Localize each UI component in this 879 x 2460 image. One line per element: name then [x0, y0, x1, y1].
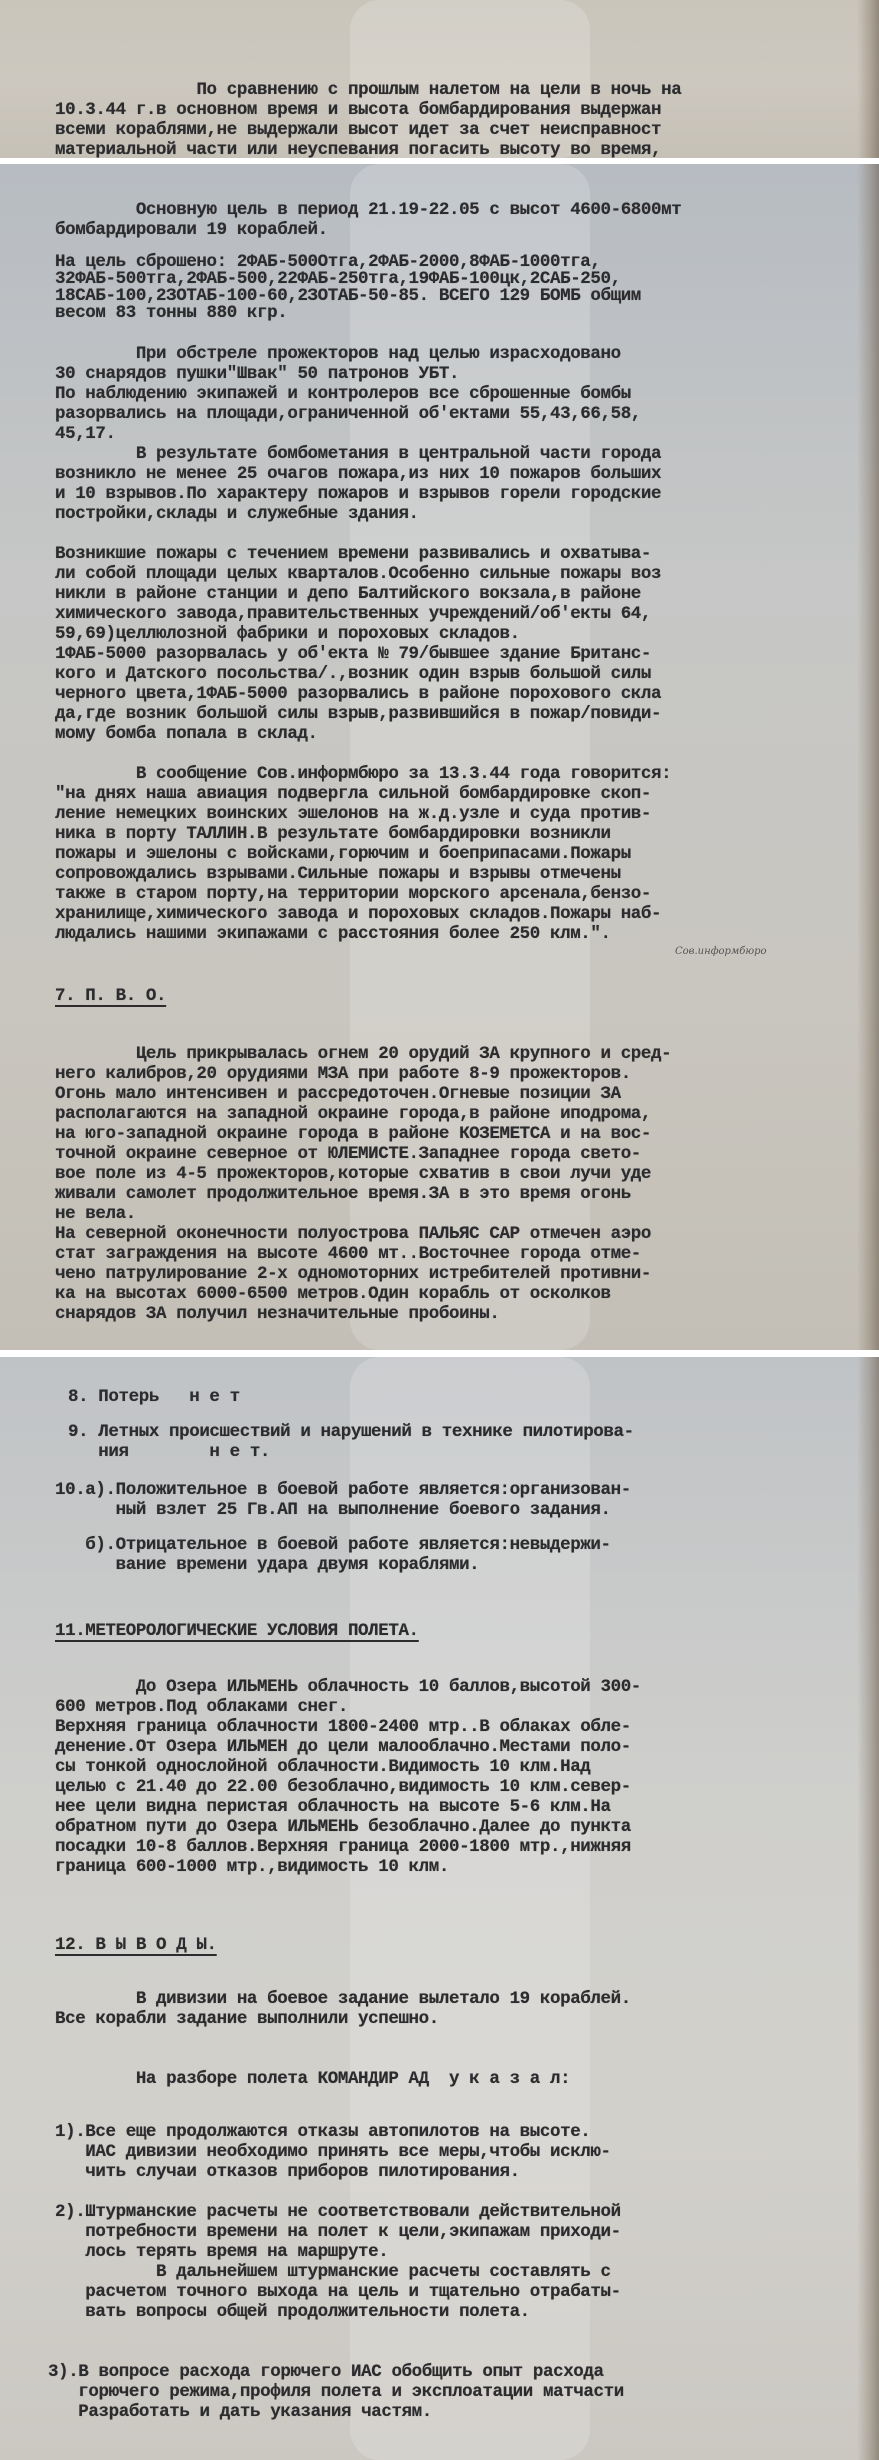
text-line: потребности времени на полет к цели,экип…	[55, 2222, 621, 2242]
section-10a: 10.а).Положительное в боевой работе явля…	[55, 1480, 631, 1520]
text-line: 2).Штурманские расчеты не соответствовал…	[55, 2202, 621, 2222]
text-line: ника в порту ТАЛЛИН.В результате бомбард…	[55, 824, 611, 844]
text-line: 10.а).Положительное в боевой работе явля…	[55, 1480, 631, 1500]
paper-edge	[857, 164, 879, 1350]
paper-edge	[857, 0, 879, 158]
text-line: ИАС дивизии необходимо принять все меры,…	[55, 2142, 611, 2162]
document-page-fragment-3: 8. Потерь н е т 9. Летных происшествий и…	[0, 1357, 879, 2460]
air-defense-paragraph: Цель прикрывалась огнем 20 орудий ЗА кру…	[55, 1044, 671, 1324]
text-line: располагаются на западной окраине города…	[55, 1104, 651, 1124]
section-11-heading: 11.МЕТЕОРОЛОГИЧЕСКИЕ УСЛОВИЯ ПОЛЕТА.	[55, 1621, 419, 1641]
text-line: пожары и эшелоны с войсками,горючим и бо…	[55, 844, 631, 864]
text-line: лось терять время на маршруте.	[55, 2242, 388, 2262]
instruction-1: 1).Все еще продолжаются отказы автопилот…	[55, 2122, 611, 2182]
text-line: целью с 21.40 до 22.00 безоблачно,видимо…	[55, 1777, 631, 1797]
text-line: чено патрулирование 2-х одномоторних ист…	[55, 1264, 651, 1284]
text-line: ление немецких воинских эшелонов на ж.д.…	[55, 804, 651, 824]
text-line: черного цвета,1ФАБ-5000 разорвались в ра…	[55, 684, 661, 704]
text-line: обратном пути до Озера ИЛЬМЕНЬ безоблачн…	[55, 1817, 631, 1837]
text-line: 59,69)целлюлозной фабрики и пороховых ск…	[55, 624, 520, 644]
text-line: Возникшие пожары с течением времени разв…	[55, 544, 651, 564]
text-line: материальной части или неуспевания погас…	[55, 140, 661, 158]
text-line: денение.От Озера ИЛЬМЕН до цели малообла…	[55, 1737, 631, 1757]
comparison-paragraph: По сравнению с прошлым налетом на цели в…	[55, 60, 681, 158]
text-line: 3).В вопросе расхода горючего ИАС обобщи…	[48, 2362, 604, 2382]
text-line: сопровождались взрывами.Сильные пожары и…	[55, 864, 621, 884]
fires-paragraph: Возникшие пожары с течением времени разв…	[55, 544, 661, 744]
text-line: хранилище,химического завода и пороховых…	[55, 904, 661, 924]
text-line: бомбардировали 19 кораблей.	[55, 220, 328, 240]
handwritten-note: Сов.информбюро	[675, 946, 767, 957]
text-line: До Озера ИЛЬМЕНЬ облачность 10 баллов,вы…	[55, 1677, 641, 1697]
section-10b: б).Отрицательное в боевой работе являетс…	[55, 1535, 611, 1575]
text-line: расчетом точного выхода на цель и тщател…	[55, 2282, 621, 2302]
text-line: горючего режима,профиля полета и эксплоа…	[48, 2382, 624, 2402]
text-line: вать вопросы общей продолжительности пол…	[55, 2302, 530, 2322]
text-line: вое поле из 4-5 прожекторов,которые схва…	[55, 1164, 651, 1184]
text-line: Все корабли задание выполнили успешно.	[55, 2009, 439, 2029]
text-line: не вела.	[55, 1204, 136, 1224]
conclusions-paragraph: В дивизии на боевое задание вылетало 19 …	[55, 1989, 631, 2029]
text-line: На северной оконечности полуострова ПАЛЬ…	[55, 1224, 651, 1244]
typed-text-block: По сравнению с прошлым налетом на цели в…	[55, 20, 681, 158]
commander-instructions-intro: На разборе полета КОМАНДИР АД у к а з а …	[55, 2069, 570, 2089]
text-line: 600 метров.Под облаками снег.	[55, 1697, 348, 1717]
text-line: В дальнейшем штурманские расчеты составл…	[55, 2262, 611, 2282]
text-line: никли в районе станции и депо Балтийског…	[55, 584, 641, 604]
text-line: 1).Все еще продолжаются отказы автопилот…	[55, 2122, 590, 2142]
text-line: посадки 10-8 баллов.Верхняя граница 2000…	[55, 1837, 631, 1857]
section-12-heading: 12. В Ы В О Д Ы.	[55, 1935, 217, 1955]
text-line: граница 600-1000 мтр.,видимость 10 клм.	[55, 1857, 449, 1877]
text-line: нее цели видна перистая облачность на вы…	[55, 1797, 611, 1817]
text-line: "на днях наша авиация подвергла сильной …	[55, 784, 651, 804]
text-line: 10.3.44 г.в основном время и высота бомб…	[55, 100, 661, 120]
text-line: разорвались на площади,ограниченной об'е…	[55, 404, 641, 424]
sovinformburo-paragraph: В сообщение Сов.информбюро за 13.3.44 го…	[55, 764, 671, 944]
text-line: 1ФАБ-5000 разорвалась у об'екта № 79/быв…	[55, 644, 651, 664]
text-line: 9. Летных происшествий и нарушений в тех…	[68, 1422, 634, 1442]
text-line: точной окраине северное от ЮЛЕМИСТЕ.Запа…	[55, 1144, 641, 1164]
text-line: Цель прикрывалась огнем 20 орудий ЗА кру…	[55, 1044, 671, 1064]
text-line: При обстреле прожекторов над целью израс…	[55, 344, 621, 364]
text-line: весом 83 тонны 880 кгр.	[55, 303, 287, 323]
text-line: Верхняя граница облачности 1800-2400 мтр…	[55, 1717, 631, 1737]
text-line: также в старом порту,на территории морск…	[55, 884, 651, 904]
text-line: По наблюдению экипажей и контролеров все…	[55, 384, 631, 404]
text-line: возникло не менее 25 очагов пожара,из ни…	[55, 464, 661, 484]
section-7-heading: 7. П. В. О.	[55, 986, 166, 1006]
text-line: ния н е т.	[68, 1442, 270, 1462]
text-line: ный взлет 25 Гв.АП на выполнение боевого…	[55, 1500, 611, 1520]
text-line: вание времени удара двумя кораблями.	[55, 1555, 479, 1575]
text-line: 45,17.	[55, 424, 116, 444]
text-line: него калибров,20 орудиями МЗА при работе…	[55, 1064, 631, 1084]
section-8: 8. Потерь н е т	[68, 1387, 240, 1407]
text-line: ка на высотах 6000-6500 метров.Один кора…	[55, 1284, 611, 1304]
text-line: В результате бомбометания в центральной …	[55, 444, 661, 464]
text-line: По сравнению с прошлым налетом на цели в…	[116, 80, 682, 100]
searchlight-fire-paragraph: При обстреле прожекторов над целью израс…	[55, 344, 641, 444]
text-line: живали самолет продолжительное время.ЗА …	[55, 1184, 631, 1204]
text-line: чить случаи отказов приборов пилотирован…	[55, 2162, 520, 2182]
paper-edge	[857, 1357, 879, 2460]
instruction-2: 2).Штурманские расчеты не соответствовал…	[55, 2202, 621, 2322]
document-page-fragment-2: Основную цель в период 21.19-22.05 с выс…	[0, 164, 879, 1350]
text-line: ли собой площади целых кварталов.Особенн…	[55, 564, 661, 584]
text-line: и 10 взрывов.По характеру пожаров и взры…	[55, 484, 661, 504]
text-line: на юго-западной окраине города в районе …	[55, 1124, 651, 1144]
text-line: постройки,склады и служебные здания.	[55, 504, 419, 524]
text-line: кого и Датского посольства/.,возник один…	[55, 664, 651, 684]
text-line: Разработать и дать указания частям.	[48, 2402, 432, 2422]
text-line: стат заграждения на высоте 4600 мт..Вост…	[55, 1244, 641, 1264]
text-line: Огонь мало интенсивен и рассредоточен.Ог…	[55, 1084, 621, 1104]
weather-paragraph: До Озера ИЛЬМЕНЬ облачность 10 баллов,вы…	[55, 1677, 641, 1877]
text-line: 30 снарядов пушки"Швак" 50 патронов УБТ.	[55, 364, 459, 384]
document-page-fragment-1: По сравнению с прошлым налетом на цели в…	[0, 0, 879, 158]
text-line: снарядов ЗА получил незначительные пробо…	[55, 1304, 499, 1324]
text-line: химического завода,правительственных учр…	[55, 604, 651, 624]
bombs-dropped-paragraph: На цель сброшено: 2ФАБ-500Отга,2ФАБ-2000…	[55, 254, 641, 322]
text-line: б).Отрицательное в боевой работе являетс…	[55, 1535, 611, 1555]
text-line: мому бомба попала в склад.	[55, 724, 318, 744]
section-9: 9. Летных происшествий и нарушений в тех…	[68, 1422, 634, 1462]
text-line: да,где возник большой силы взрыв,развивш…	[55, 704, 661, 724]
text-line: всеми кораблями,не выдержали высот идет …	[55, 120, 661, 140]
instruction-3: 3).В вопросе расхода горючего ИАС обобщи…	[48, 2362, 624, 2422]
text-line: Основную цель в период 21.19-22.05 с выс…	[55, 200, 681, 220]
main-target-paragraph: Основную цель в период 21.19-22.05 с выс…	[55, 200, 681, 240]
text-line: В сообщение Сов.информбюро за 13.3.44 го…	[55, 764, 671, 784]
bombing-results-paragraph: В результате бомбометания в центральной …	[55, 444, 661, 524]
text-line: сы тонкой однослойной облачности.Видимос…	[55, 1757, 590, 1777]
text-line: людались нашими экипажами с расстояния б…	[55, 924, 611, 944]
text-line: В дивизии на боевое задание вылетало 19 …	[55, 1989, 631, 2009]
